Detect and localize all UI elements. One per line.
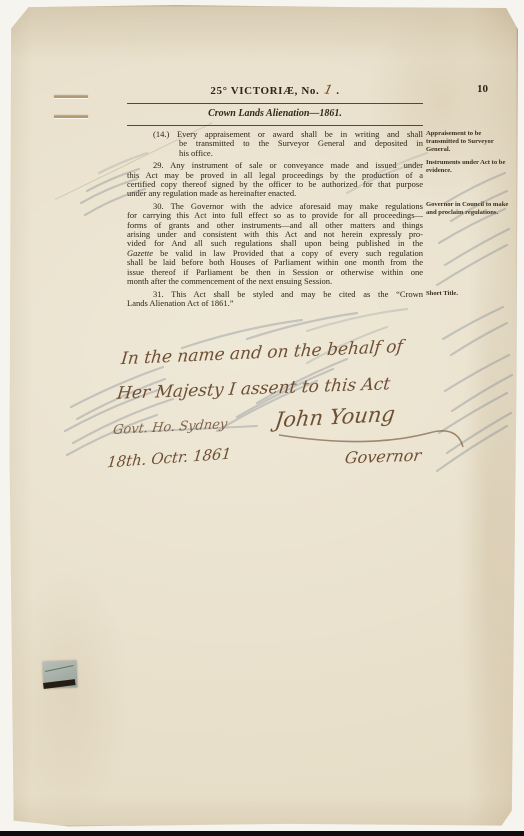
margin-note-appraisement: Appraisement to be transmitted to Survey… — [426, 130, 510, 153]
binding-slit-top — [54, 96, 88, 98]
scan-edge-strip — [0, 831, 524, 836]
document-page: 25° VICTORIÆ, No.1. 10 Crown Lands Alien… — [7, 3, 519, 828]
body-line: month after the commencement of the next… — [127, 277, 423, 286]
repair-patch-mark — [43, 679, 75, 689]
paper-right-edge — [516, 3, 519, 828]
body-line: his office. — [127, 149, 423, 158]
body-line: under any regulation made as hereinafter… — [127, 189, 423, 198]
act-heading-period: . — [336, 85, 339, 97]
paper-top-edge — [7, 3, 519, 7]
handwritten-act-number: 1 — [323, 82, 335, 99]
assent-date: 18th. Octr. 1861 — [106, 445, 232, 472]
page-number: 10 — [477, 83, 488, 95]
paper-bottom-edge — [7, 825, 519, 828]
assent-place: Govt. Ho. Sydney — [112, 417, 228, 438]
signature-flourish — [279, 431, 463, 447]
repair-patch-scratch — [45, 665, 74, 672]
margin-note-short-title: Short Title. — [426, 290, 510, 298]
margin-note-regulations: Governor in Council to make and proclaim… — [426, 201, 510, 217]
body-line: Lands Alienation Act of 1861.” — [127, 299, 423, 308]
running-title: Crown Lands Alienation—1861. — [127, 108, 423, 119]
section-31: 31. This Act shall be styled and may be … — [127, 290, 423, 309]
act-heading-text: 25° VICTORIÆ, No. — [210, 85, 319, 97]
margin-note-instruments: Instruments under Act to be evidence. — [426, 159, 510, 175]
repair-patch — [43, 660, 78, 688]
binding-slit-bottom — [54, 116, 88, 118]
assent-line-2: Her Majesty I assent to this Act — [116, 374, 391, 404]
act-heading: 25° VICTORIÆ, No.1. — [127, 83, 423, 98]
section-29: 29. Any instrument of sale or conveyance… — [127, 161, 423, 199]
horizontal-rule-bottom — [127, 125, 423, 126]
horizontal-rule-top — [127, 103, 423, 104]
act-body-text: (14.) Every appraisement or award shall … — [127, 130, 423, 308]
pencil-scribbles — [7, 3, 519, 828]
section-30: 30. The Governor with the advice aforesa… — [127, 202, 423, 287]
governor-title: Governor — [344, 446, 423, 468]
section-14: (14.) Every appraisement or award shall … — [127, 130, 423, 158]
assent-line-1: In the name and on the behalf of — [120, 337, 404, 369]
governor-signature: John Young — [274, 402, 397, 432]
body-line: be transmitted to the Surveyor General a… — [127, 139, 423, 148]
